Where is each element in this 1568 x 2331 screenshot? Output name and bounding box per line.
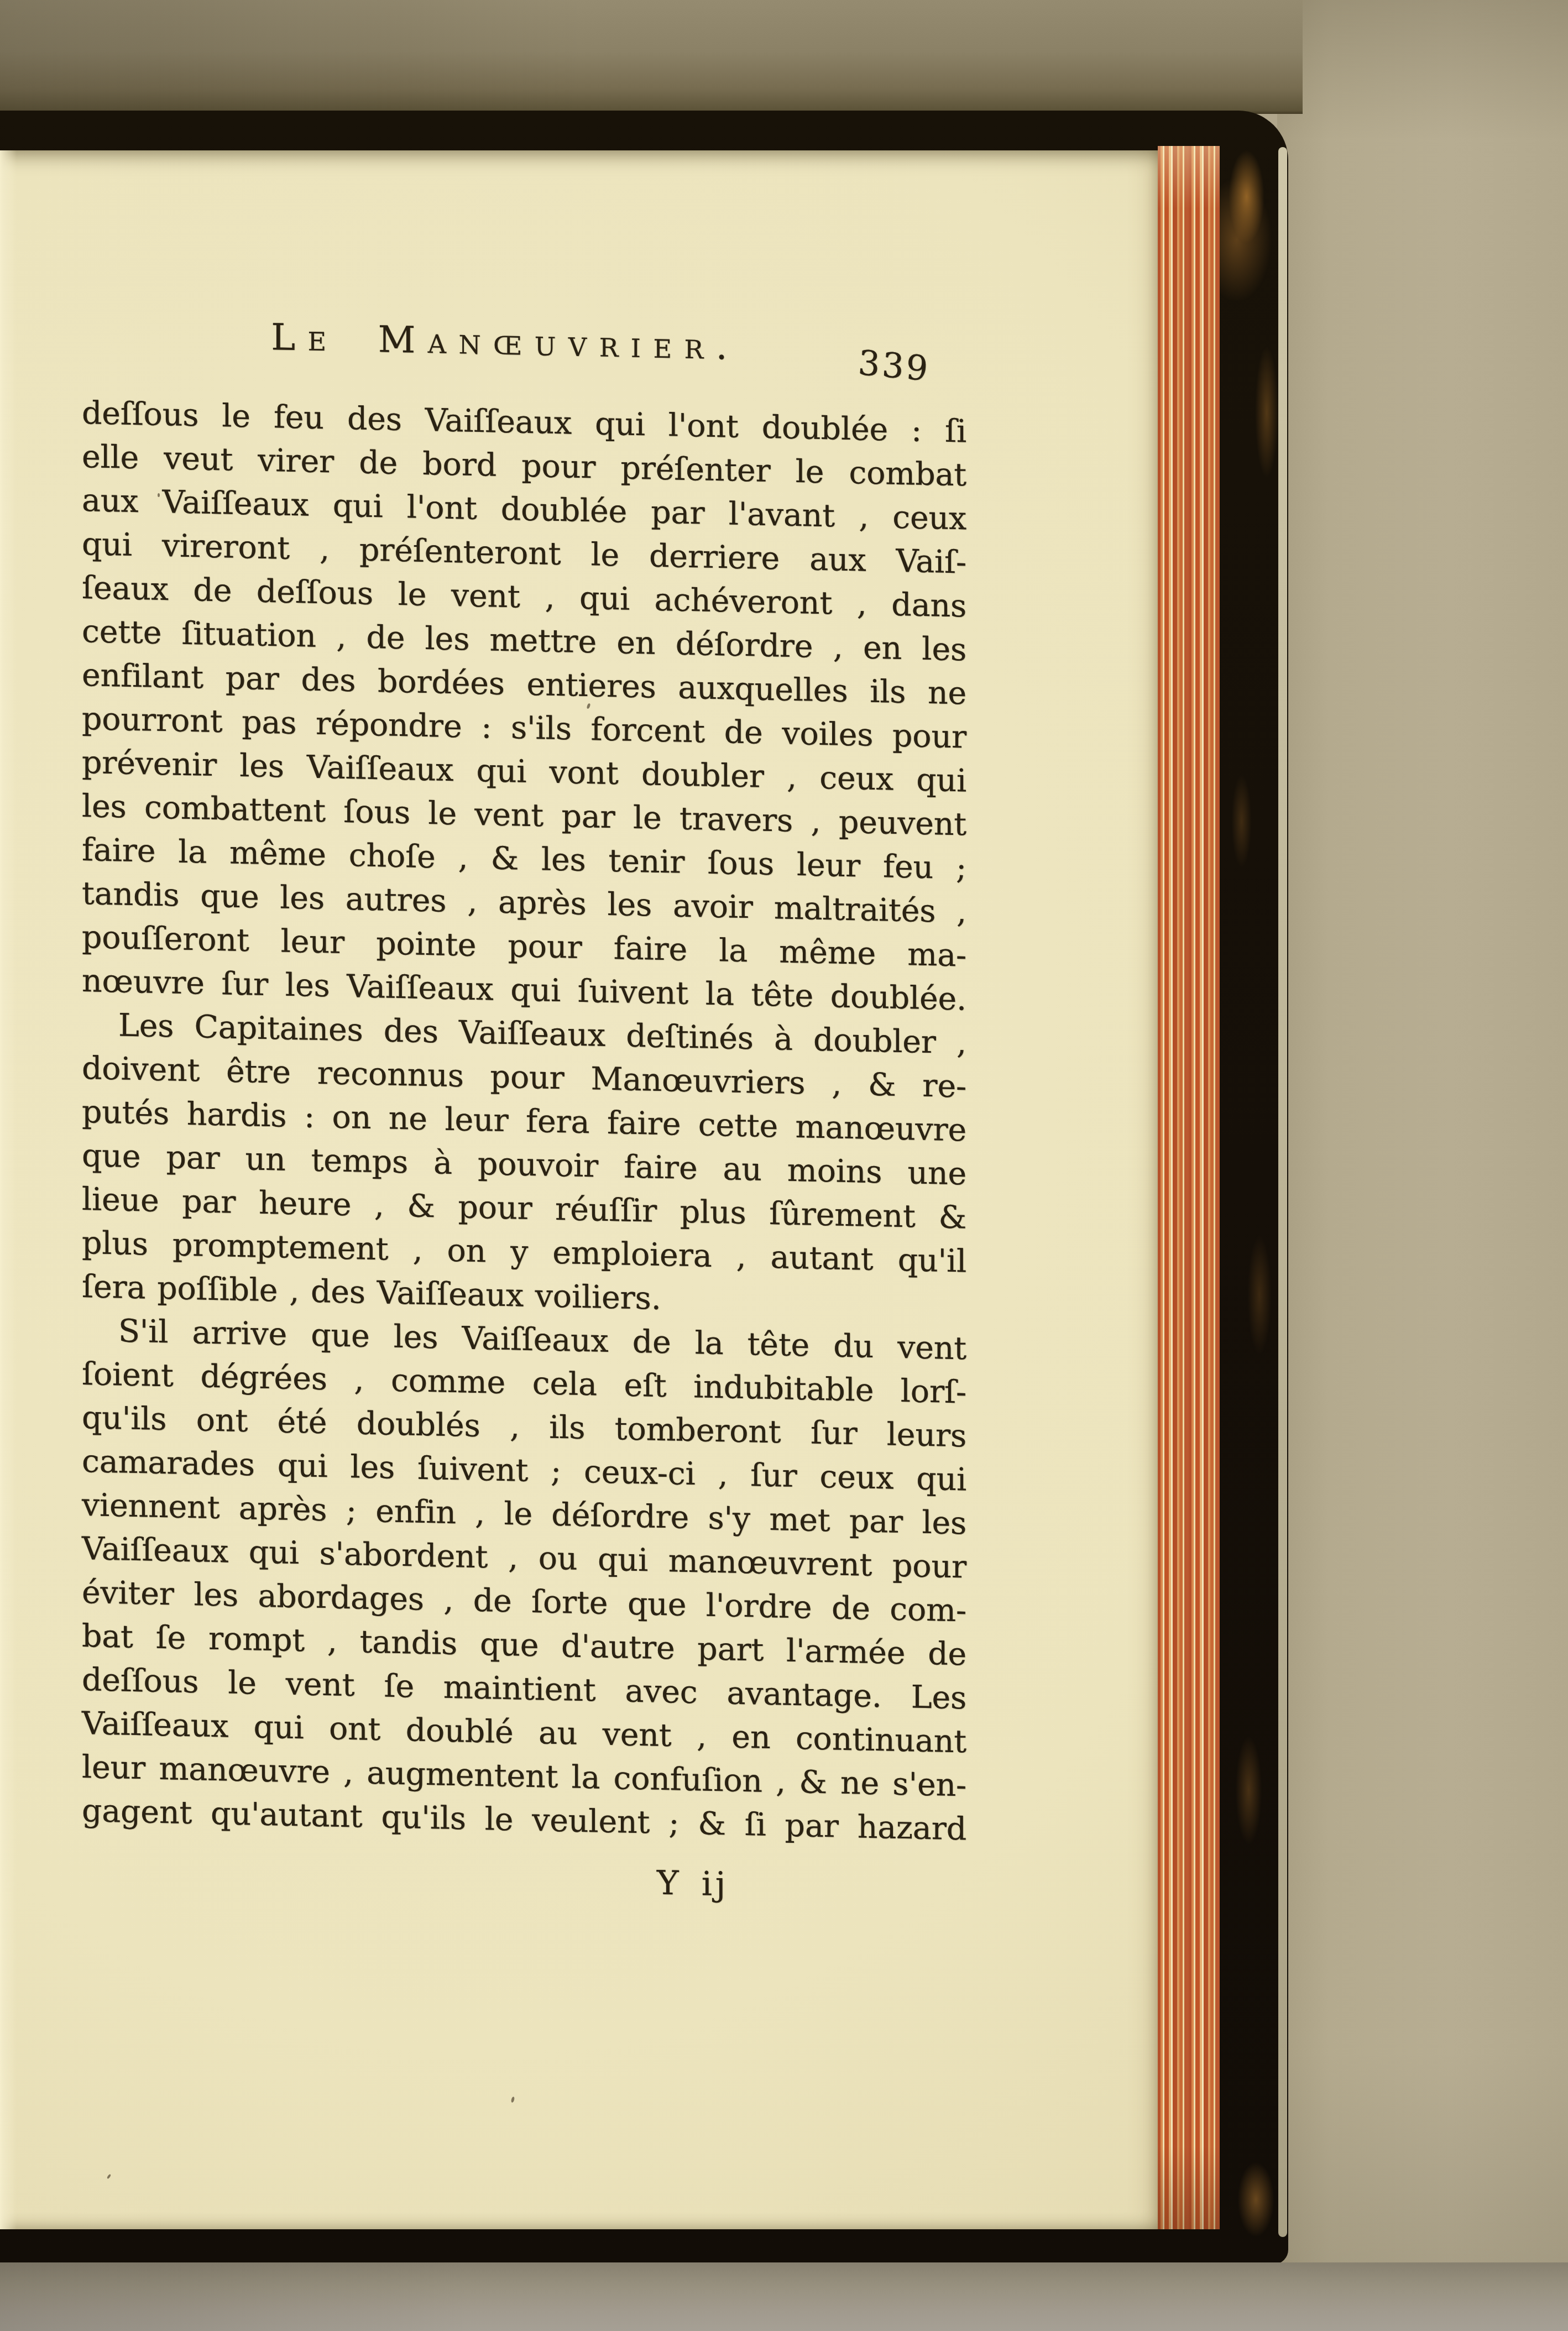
book-fore-edge-pages (1158, 146, 1220, 2229)
book: Le Manœuvrier. 339 deſſous le feu des Va… (0, 111, 1288, 2264)
page-title: Le Manœuvrier. (271, 316, 740, 368)
book-binding-right (1216, 111, 1288, 2264)
backdrop-bottom (0, 2262, 1568, 2331)
book-scan: { "page": { "header": { "title": "Le Man… (0, 0, 1568, 2331)
signature-mark: Y ij (657, 1864, 966, 1909)
book-edge-highlight (1278, 147, 1287, 2237)
page-gutter-highlight (0, 150, 17, 2229)
text-block: Le Manœuvrier. 339 deſſous le feu des Va… (82, 312, 966, 1909)
paragraph: S'il arrive que les Vaiſſeaux de la tête… (82, 1309, 966, 1852)
backdrop-right (1277, 0, 1568, 2331)
page-number: 339 (856, 342, 931, 389)
text-body: deſſous le feu des Vaiſſeaux qui l'ont d… (82, 391, 966, 1852)
backdrop-top (0, 0, 1303, 114)
book-page: Le Manœuvrier. 339 deſſous le feu des Va… (0, 150, 1158, 2229)
paragraph: deſſous le feu des Vaiſſeaux qui l'ont d… (82, 391, 966, 1022)
paper-speck (511, 2097, 515, 2103)
paragraph: Les Capitaines des Vaiſſeaux deſtinés à … (82, 1003, 966, 1327)
paper-speck (107, 2174, 111, 2180)
running-head: Le Manœuvrier. 339 (82, 312, 966, 388)
